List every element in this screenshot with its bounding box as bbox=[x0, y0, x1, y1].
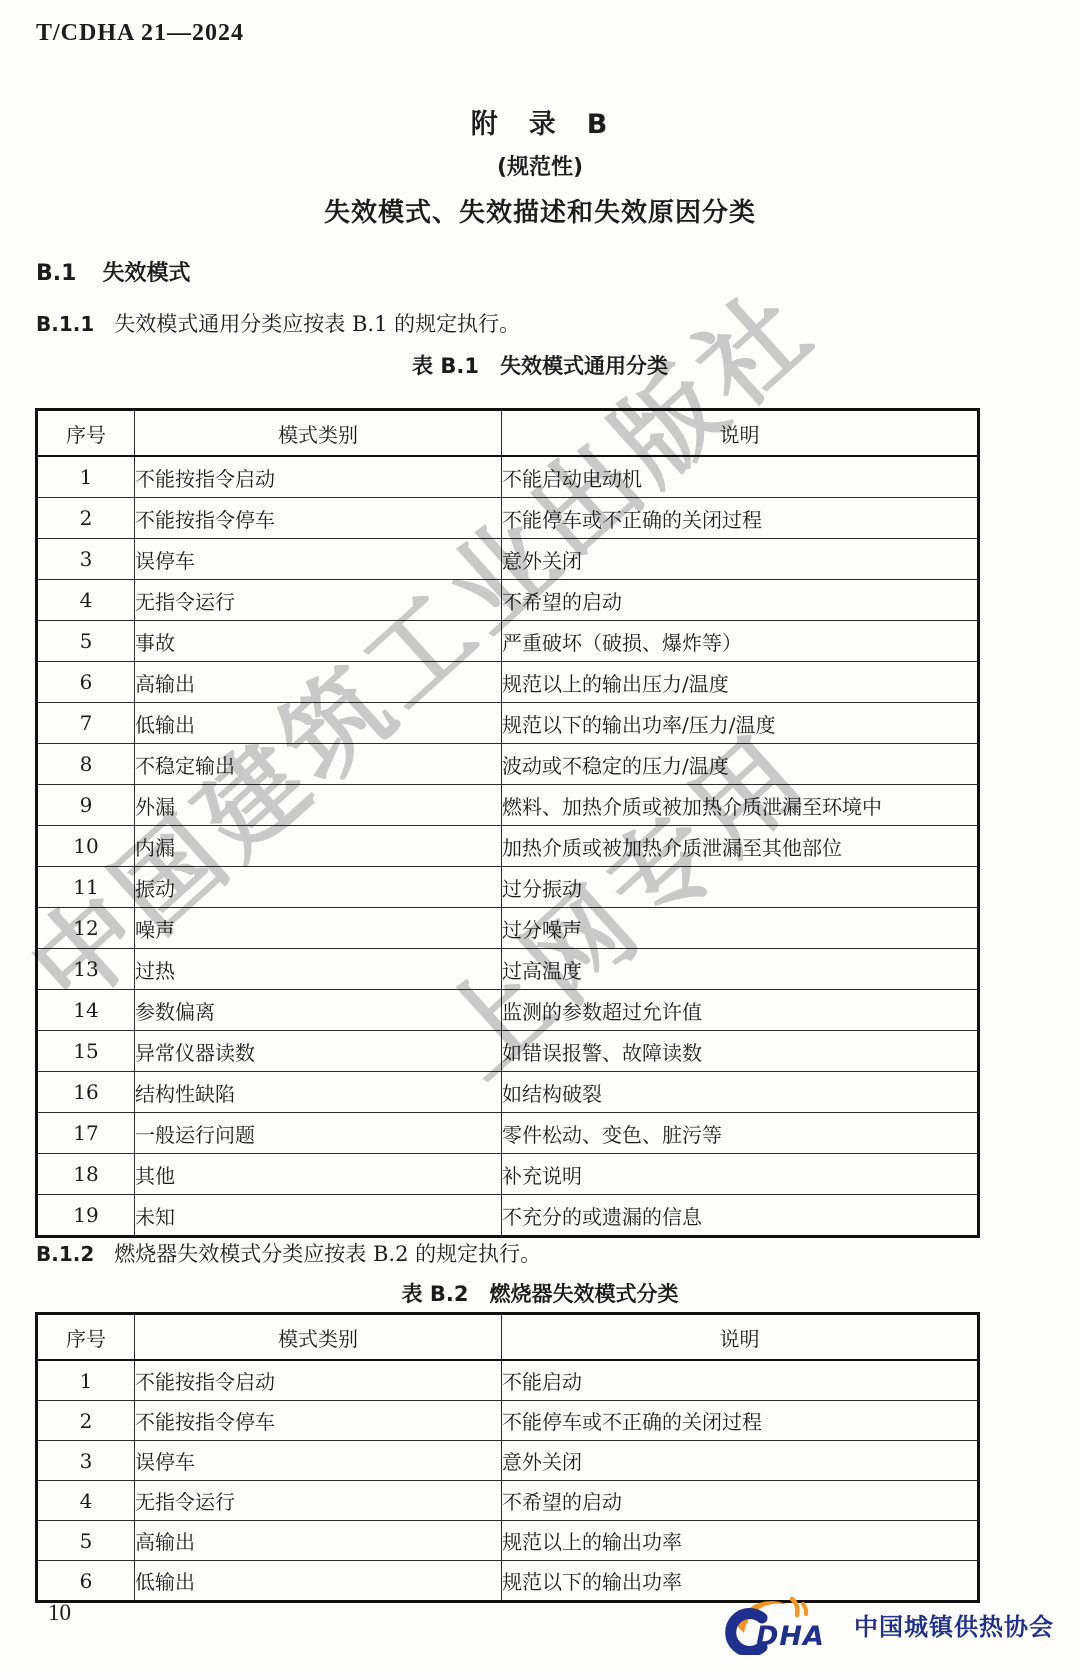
table-cell: 误停车 bbox=[135, 1441, 502, 1481]
table-row: 18其他补充说明 bbox=[37, 1154, 979, 1195]
column-header-desc: 说明 bbox=[502, 410, 979, 457]
clause-b11: B.1.1失效模式通用分类应按表 B.1 的规定执行。 bbox=[36, 308, 520, 338]
table-cell: 如结构破裂 bbox=[502, 1072, 979, 1113]
table-cell: 4 bbox=[37, 1481, 135, 1521]
table-row: 9外漏燃料、加热介质或被加热介质泄漏至环境中 bbox=[37, 785, 979, 826]
table-cell: 过热 bbox=[135, 949, 502, 990]
clause-b12-text: 燃烧器失效模式分类应按表 B.2 的规定执行。 bbox=[114, 1242, 541, 1266]
table-cell: 17 bbox=[37, 1113, 135, 1154]
table-cell: 高输出 bbox=[135, 1521, 502, 1561]
table-row: 6高输出规范以上的输出压力/温度 bbox=[37, 662, 979, 703]
table-row: 1不能按指令启动不能启动 bbox=[37, 1360, 979, 1401]
table-cell: 14 bbox=[37, 990, 135, 1031]
table-b1-header-row: 序号 模式类别 说明 bbox=[37, 410, 979, 457]
table-row: 10内漏加热介质或被加热介质泄漏至其他部位 bbox=[37, 826, 979, 867]
table-cell: 13 bbox=[37, 949, 135, 990]
table-cell: 9 bbox=[37, 785, 135, 826]
table-cell: 过分振动 bbox=[502, 867, 979, 908]
table-cell: 事故 bbox=[135, 621, 502, 662]
logo-orange-arc-1 bbox=[792, 1599, 797, 1615]
table-cell: 无指令运行 bbox=[135, 1481, 502, 1521]
association-name: 中国城镇供热协会 bbox=[854, 1607, 1054, 1642]
table-cell: 11 bbox=[37, 867, 135, 908]
table-row: 14参数偏离监测的参数超过允许值 bbox=[37, 990, 979, 1031]
table-cell: 规范以下的输出功率/压力/温度 bbox=[502, 703, 979, 744]
table-cell: 零件松动、变色、脏污等 bbox=[502, 1113, 979, 1154]
table-row: 13过热过高温度 bbox=[37, 949, 979, 990]
table-cell: 7 bbox=[37, 703, 135, 744]
association-logo: DHA 中国城镇供热协会 bbox=[716, 1592, 1054, 1656]
table-row: 7低输出规范以下的输出功率/压力/温度 bbox=[37, 703, 979, 744]
table-cell: 严重破坏（破损、爆炸等） bbox=[502, 621, 979, 662]
table-cell: 振动 bbox=[135, 867, 502, 908]
clause-b11-text: 失效模式通用分类应按表 B.1 的规定执行。 bbox=[114, 312, 520, 336]
appendix-normative-label: (规范性) bbox=[0, 150, 1080, 181]
table-cell: 过分噪声 bbox=[502, 908, 979, 949]
table-cell: 6 bbox=[37, 1561, 135, 1602]
table-cell: 无指令运行 bbox=[135, 580, 502, 621]
column-header-seq: 序号 bbox=[37, 1314, 135, 1361]
table-cell: 低输出 bbox=[135, 703, 502, 744]
table-cell: 1 bbox=[37, 1360, 135, 1401]
table-cell: 不能停车或不正确的关闭过程 bbox=[502, 498, 979, 539]
table-row: 12噪声过分噪声 bbox=[37, 908, 979, 949]
appendix-subtitle: 失效模式、失效描述和失效原因分类 bbox=[0, 192, 1080, 229]
table-row: 4无指令运行不希望的启动 bbox=[37, 580, 979, 621]
table-row: 1不能按指令启动不能启动电动机 bbox=[37, 456, 979, 498]
table-cell: 6 bbox=[37, 662, 135, 703]
table-row: 11振动过分振动 bbox=[37, 867, 979, 908]
table-cell: 补充说明 bbox=[502, 1154, 979, 1195]
table-row: 3误停车意外关闭 bbox=[37, 1441, 979, 1481]
table-cell: 15 bbox=[37, 1031, 135, 1072]
table-cell: 不能按指令停车 bbox=[135, 1401, 502, 1441]
table-cell: 参数偏离 bbox=[135, 990, 502, 1031]
table-row: 17一般运行问题零件松动、变色、脏污等 bbox=[37, 1113, 979, 1154]
table-cell: 如错误报警、故障读数 bbox=[502, 1031, 979, 1072]
table-cell: 不充分的或遗漏的信息 bbox=[502, 1195, 979, 1237]
table-cell: 3 bbox=[37, 1441, 135, 1481]
table-cell: 16 bbox=[37, 1072, 135, 1113]
table-cell: 不稳定输出 bbox=[135, 744, 502, 785]
appendix-title: 附 录 B bbox=[0, 102, 1080, 141]
table-cell: 3 bbox=[37, 539, 135, 580]
table-cell: 内漏 bbox=[135, 826, 502, 867]
table-cell: 监测的参数超过允许值 bbox=[502, 990, 979, 1031]
table-cell: 18 bbox=[37, 1154, 135, 1195]
table-cell: 不希望的启动 bbox=[502, 580, 979, 621]
table-cell: 过高温度 bbox=[502, 949, 979, 990]
table-cell: 2 bbox=[37, 1401, 135, 1441]
table-row: 16结构性缺陷如结构破裂 bbox=[37, 1072, 979, 1113]
table-cell: 结构性缺陷 bbox=[135, 1072, 502, 1113]
page-number: 10 bbox=[48, 1600, 71, 1626]
table-cell: 12 bbox=[37, 908, 135, 949]
document-page: { "page": { "doc_code": "T/CDHA 21—2024"… bbox=[0, 0, 1080, 1674]
clause-b11-number: B.1.1 bbox=[36, 312, 94, 336]
table-cell: 低输出 bbox=[135, 1561, 502, 1602]
column-header-mode: 模式类别 bbox=[135, 1314, 502, 1361]
section-b1-number: B.1 bbox=[36, 261, 76, 286]
table-cell: 不能按指令停车 bbox=[135, 498, 502, 539]
table-cell: 不能停车或不正确的关闭过程 bbox=[502, 1401, 979, 1441]
column-header-desc: 说明 bbox=[502, 1314, 979, 1361]
table-cell: 规范以上的输出功率 bbox=[502, 1521, 979, 1561]
clause-b12-number: B.1.2 bbox=[36, 1242, 94, 1266]
logo-dha-text: DHA bbox=[756, 1621, 825, 1652]
clause-b12: B.1.2燃烧器失效模式分类应按表 B.2 的规定执行。 bbox=[36, 1238, 541, 1268]
table-cell: 外漏 bbox=[135, 785, 502, 826]
table-b2-caption: 表 B.2 燃烧器失效模式分类 bbox=[0, 1278, 1080, 1308]
table-row: 3误停车意外关闭 bbox=[37, 539, 979, 580]
table-row: 15异常仪器读数如错误报警、故障读数 bbox=[37, 1031, 979, 1072]
table-cell: 一般运行问题 bbox=[135, 1113, 502, 1154]
table-cell: 意外关闭 bbox=[502, 539, 979, 580]
table-cell: 2 bbox=[37, 498, 135, 539]
section-b1-heading: B.1失效模式 bbox=[36, 256, 190, 287]
table-cell: 不能启动 bbox=[502, 1360, 979, 1401]
table-row: 5高输出规范以上的输出功率 bbox=[37, 1521, 979, 1561]
table-cell: 10 bbox=[37, 826, 135, 867]
table-cell: 5 bbox=[37, 1521, 135, 1561]
table-row: 4无指令运行不希望的启动 bbox=[37, 1481, 979, 1521]
table-row: 5事故严重破坏（破损、爆炸等） bbox=[37, 621, 979, 662]
table-cell: 不希望的启动 bbox=[502, 1481, 979, 1521]
table-row: 2不能按指令停车不能停车或不正确的关闭过程 bbox=[37, 1401, 979, 1441]
column-header-mode: 模式类别 bbox=[135, 410, 502, 457]
table-cell: 不能按指令启动 bbox=[135, 456, 502, 498]
table-cell: 19 bbox=[37, 1195, 135, 1237]
logo-orange-arc-2 bbox=[803, 1604, 806, 1614]
table-cell: 波动或不稳定的压力/温度 bbox=[502, 744, 979, 785]
table-cell: 其他 bbox=[135, 1154, 502, 1195]
table-cell: 不能启动电动机 bbox=[502, 456, 979, 498]
table-b1-caption: 表 B.1 失效模式通用分类 bbox=[0, 350, 1080, 380]
table-cell: 燃料、加热介质或被加热介质泄漏至环境中 bbox=[502, 785, 979, 826]
table-cell: 不能按指令启动 bbox=[135, 1360, 502, 1401]
section-b1-title: 失效模式 bbox=[102, 261, 190, 286]
table-cell: 4 bbox=[37, 580, 135, 621]
table-cell: 意外关闭 bbox=[502, 1441, 979, 1481]
table-cell: 噪声 bbox=[135, 908, 502, 949]
doc-code: T/CDHA 21—2024 bbox=[36, 20, 244, 47]
table-cell: 误停车 bbox=[135, 539, 502, 580]
table-b1: 序号 模式类别 说明 1不能按指令启动不能启动电动机2不能按指令停车不能停车或不… bbox=[35, 408, 980, 1238]
table-row: 19未知不充分的或遗漏的信息 bbox=[37, 1195, 979, 1237]
table-cell: 5 bbox=[37, 621, 135, 662]
table-cell: 规范以上的输出压力/温度 bbox=[502, 662, 979, 703]
table-row: 8不稳定输出波动或不稳定的压力/温度 bbox=[37, 744, 979, 785]
cdha-logo-icon: DHA bbox=[716, 1593, 846, 1655]
table-cell: 加热介质或被加热介质泄漏至其他部位 bbox=[502, 826, 979, 867]
table-b2-header-row: 序号 模式类别 说明 bbox=[37, 1314, 979, 1361]
appendix-title-block: 附 录 B (规范性) 失效模式、失效描述和失效原因分类 bbox=[0, 102, 1080, 229]
table-cell: 高输出 bbox=[135, 662, 502, 703]
table-row: 2不能按指令停车不能停车或不正确的关闭过程 bbox=[37, 498, 979, 539]
table-b2: 序号 模式类别 说明 1不能按指令启动不能启动2不能按指令停车不能停车或不正确的… bbox=[35, 1312, 980, 1603]
table-cell: 异常仪器读数 bbox=[135, 1031, 502, 1072]
table-cell: 未知 bbox=[135, 1195, 502, 1237]
table-cell: 1 bbox=[37, 456, 135, 498]
table-cell: 8 bbox=[37, 744, 135, 785]
column-header-seq: 序号 bbox=[37, 410, 135, 457]
